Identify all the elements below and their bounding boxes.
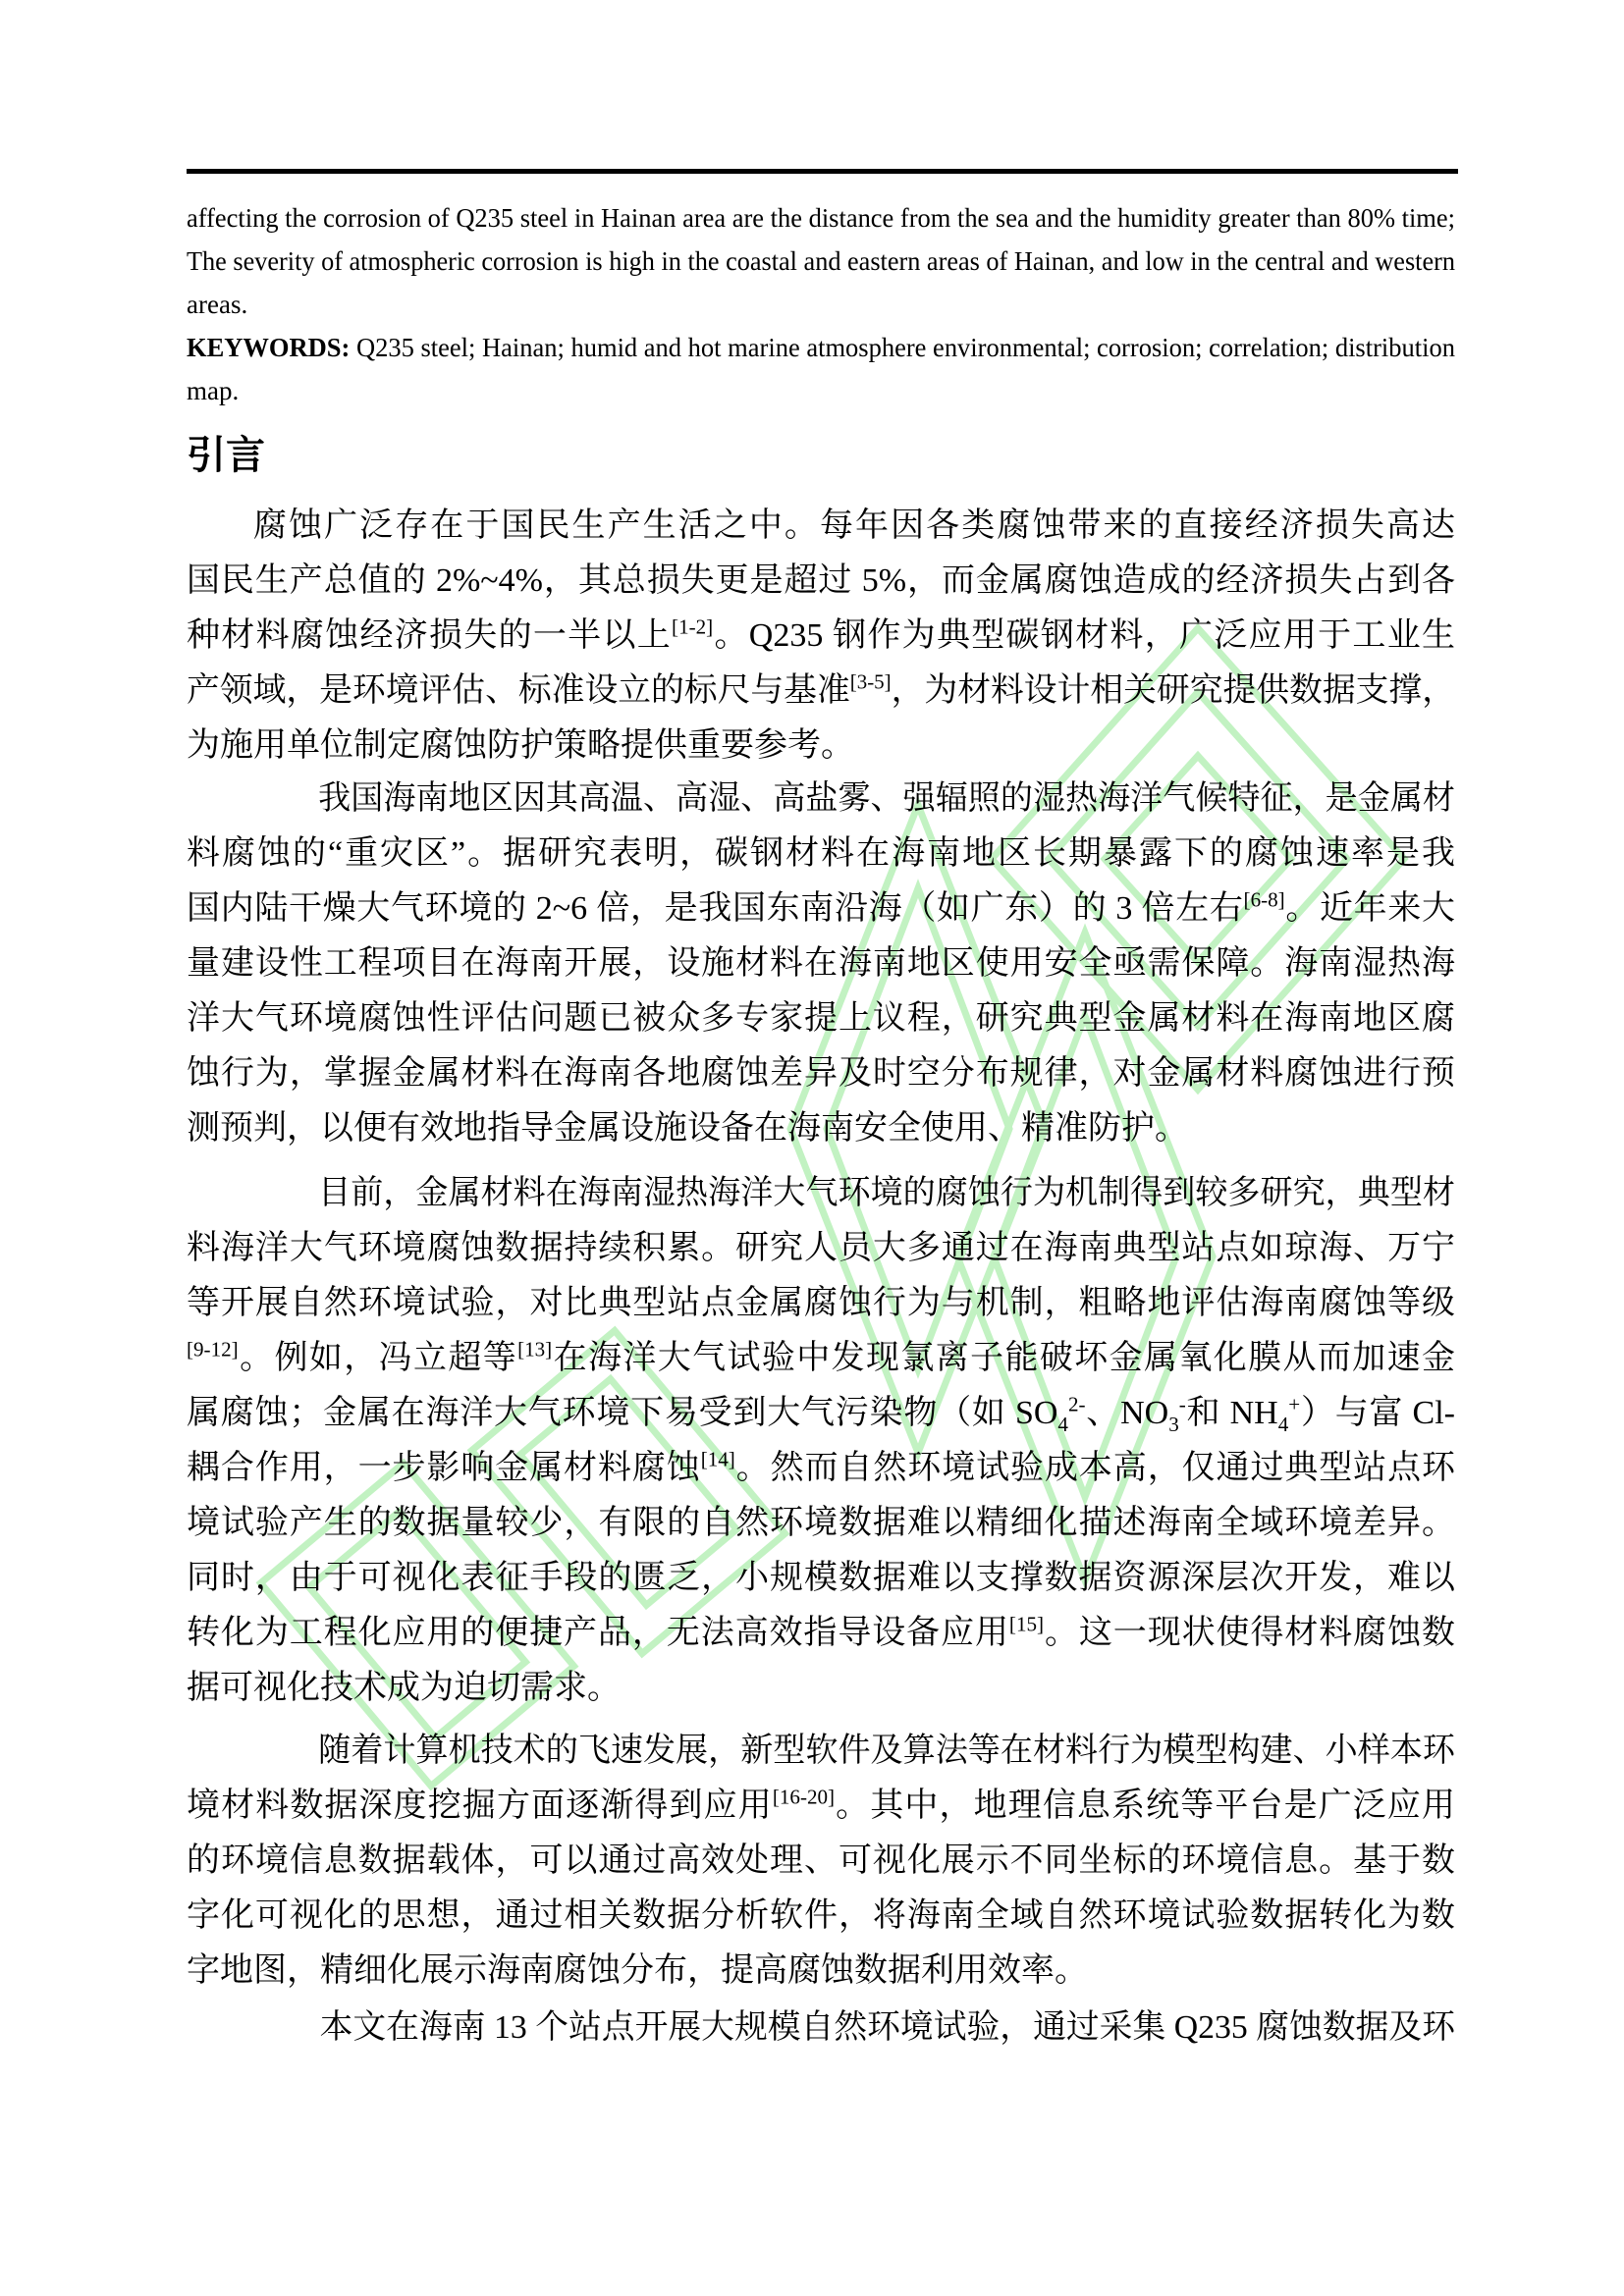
keywords-paragraph: KEYWORDS: Q235 steel; Hainan; humid and … [187, 326, 1455, 412]
text-line: 属腐蚀；金属在海洋大气环境下易受到大气污染物（如 SO42-、NO3-和 NH4… [187, 1386, 1455, 1441]
text-line: 种材料腐蚀经济损失的一半以上[1-2]。Q235 钢作为典型碳钢材料，广泛应用于… [187, 609, 1455, 664]
text-line: 境材料数据深度挖掘方面逐渐得到应用[16-20]。其中，地理信息系统等平台是广泛… [187, 1779, 1455, 1834]
intro-paragraph-1: 腐蚀广泛存在于国民生产生活之中。每年因各类腐蚀带来的直接经济损失高达国民生产总值… [187, 499, 1455, 774]
text-line: 等开展自然环境试验，对比典型站点金属腐蚀行为与机制，粗略地评估海南腐蚀等级 [187, 1276, 1455, 1331]
document-page: affecting the corrosion of Q235 steel in… [0, 0, 1624, 2296]
text-line: 同时，由于可视化表征手段的匮乏，小规模数据难以支撑数据资源深层次开发，难以 [187, 1551, 1455, 1606]
text-line: 洋大气环境腐蚀性评估问题已被众多专家提上议程，研究典型金属材料在海南地区腐 [187, 991, 1455, 1046]
text-line: 目前，金属材料在海南湿热海洋大气环境的腐蚀行为机制得到较多研究，典型材 [187, 1166, 1455, 1221]
intro-paragraph-4: 随着计算机技术的飞速发展，新型软件及算法等在材料行为模型构建、小样本环境材料数据… [187, 1724, 1455, 1999]
text-line: map. [187, 369, 1455, 412]
text-line: 国内陆干燥大气环境的 2~6 倍，是我国东南沿海（如广东）的 3 倍左右[6-8… [187, 881, 1455, 936]
text-line: KEYWORDS: Q235 steel; Hainan; humid and … [187, 326, 1455, 369]
text-line: 腐蚀广泛存在于国民生产生活之中。每年因各类腐蚀带来的直接经济损失高达 [187, 499, 1455, 554]
text-line: 为施用单位制定腐蚀防护策略提供重要参考。 [187, 719, 1455, 774]
text-line: 据可视化技术成为迫切需求。 [187, 1661, 1455, 1716]
text-line: 蚀行为，掌握金属材料在海南各地腐蚀差异及时空分布规律，对金属材料腐蚀进行预 [187, 1046, 1455, 1101]
text-line: 随着计算机技术的飞速发展，新型软件及算法等在材料行为模型构建、小样本环 [187, 1724, 1455, 1779]
intro-paragraph-2: 我国海南地区因其高温、高湿、高盐雾、强辐照的湿热海洋气候特征，是金属材料腐蚀的“… [187, 772, 1455, 1156]
text-line: [9-12]。例如，冯立超等[13]在海洋大气试验中发现氯离子能破坏金属氧化膜从… [187, 1331, 1455, 1386]
text-line: 产领域，是环境评估、标准设立的标尺与基准[3-5]，为材料设计相关研究提供数据支… [187, 664, 1455, 719]
intro-paragraph-5: 本文在海南 13 个站点开展大规模自然环境试验，通过采集 Q235 腐蚀数据及环 [187, 2001, 1455, 2056]
text-line: 境试验产生的数据量较少，有限的自然环境数据难以精细化描述海南全域环境差异。 [187, 1496, 1455, 1551]
text-line: areas. [187, 283, 1455, 326]
intro-paragraph-3: 目前，金属材料在海南湿热海洋大气环境的腐蚀行为机制得到较多研究，典型材料海洋大气… [187, 1166, 1455, 1716]
text-line: 本文在海南 13 个站点开展大规模自然环境试验，通过采集 Q235 腐蚀数据及环 [187, 2001, 1455, 2056]
text-line: 我国海南地区因其高温、高湿、高盐雾、强辐照的湿热海洋气候特征，是金属材 [187, 772, 1455, 827]
text-line: 的环境信息数据载体，可以通过高效处理、可视化展示不同坐标的环境信息。基于数 [187, 1834, 1455, 1889]
text-line: 量建设性工程项目在海南开展，设施材料在海南地区使用安全亟需保障。海南湿热海 [187, 936, 1455, 991]
text-line: 测预判，以便有效地指导金属设施设备在海南安全使用、精准防护。 [187, 1101, 1455, 1156]
text-line: 字地图，精细化展示海南腐蚀分布，提高腐蚀数据利用效率。 [187, 1944, 1455, 1999]
header-rule [187, 169, 1458, 174]
text-line: 转化为工程化应用的便捷产品，无法高效指导设备应用[15]。这一现状使得材料腐蚀数 [187, 1606, 1455, 1661]
text-line: The severity of atmospheric corrosion is… [187, 240, 1455, 283]
text-line: 字化可视化的思想，通过相关数据分析软件，将海南全域自然环境试验数据转化为数 [187, 1889, 1455, 1944]
text-line: affecting the corrosion of Q235 steel in… [187, 196, 1455, 240]
text-line: 国民生产总值的 2%~4%，其总损失更是超过 5%，而金属腐蚀造成的经济损失占到… [187, 554, 1455, 609]
text-line: 耦合作用，一步影响金属材料腐蚀[14]。然而自然环境试验成本高，仅通过典型站点环 [187, 1441, 1455, 1496]
text-line: 料海洋大气环境腐蚀数据持续积累。研究人员大多通过在海南典型站点如琼海、万宁 [187, 1221, 1455, 1276]
abstract-continuation: affecting the corrosion of Q235 steel in… [187, 196, 1455, 326]
intro-heading: 引言 [187, 430, 265, 481]
text-line: 料腐蚀的“重灾区”。据研究表明，碳钢材料在海南地区长期暴露下的腐蚀速率是我 [187, 827, 1455, 881]
